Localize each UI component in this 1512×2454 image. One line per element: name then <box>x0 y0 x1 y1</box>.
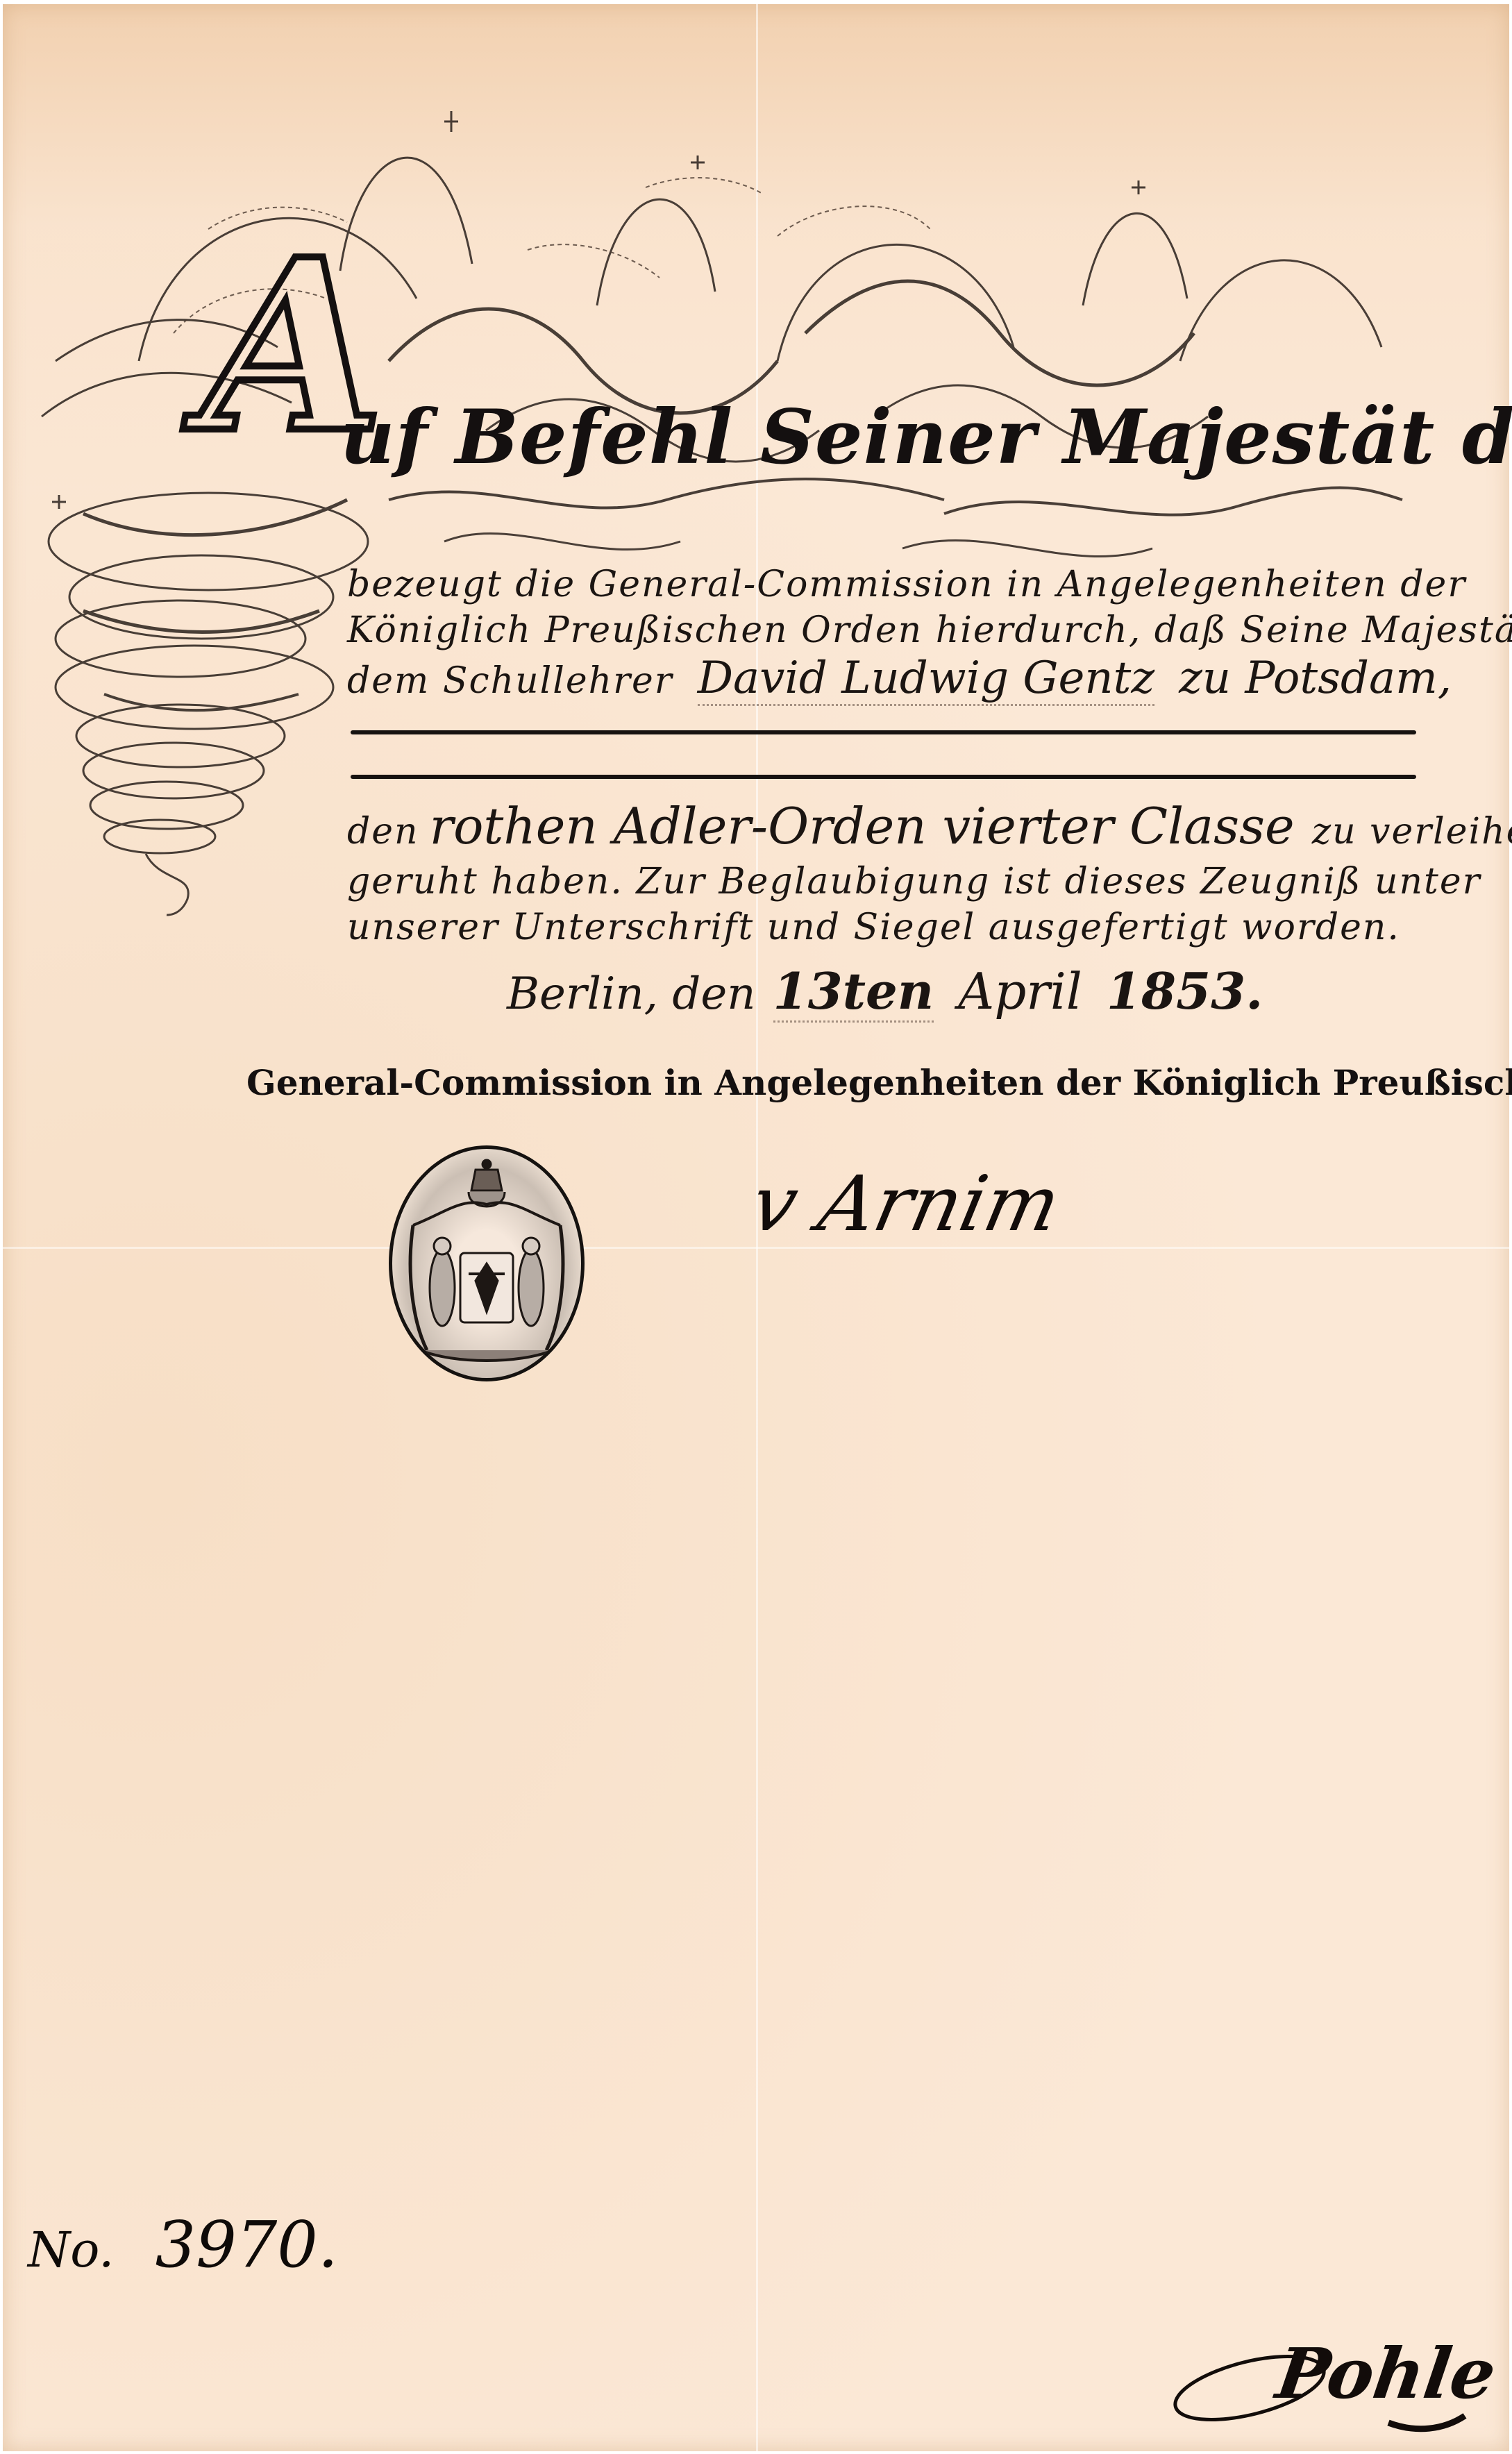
award-verb: zu verleihen <box>1312 811 1512 852</box>
body-line-3: dem Schullehrer David Ludwig Gentz zu Po… <box>347 653 1452 704</box>
registry-number-label: No. <box>28 2221 114 2278</box>
divider-rule-1 <box>351 730 1416 734</box>
registry-number: No. 3970. <box>28 2208 338 2282</box>
body-line-5: geruht haben. Zur Beglaubigung ist diese… <box>347 861 1481 902</box>
heading-text: uf Befehl Seiner Majestät des Königs <box>340 389 1512 486</box>
body-line-6: unserer Unterschrift und Siegel ausgefer… <box>347 907 1400 948</box>
recipient-location: zu Potsdam, <box>1179 653 1452 704</box>
order-name: rothen Adler-Orden vierter Classe <box>430 797 1295 855</box>
recipient-title: dem Schullehrer <box>347 660 673 702</box>
bottom-corner-signature: Pohle <box>1272 2333 1501 2414</box>
registry-number-value: 3970. <box>156 2208 338 2282</box>
date-day: 13ten <box>773 961 934 1023</box>
body-line-1: bezeugt die General-Commission in Angele… <box>347 564 1466 605</box>
date-place: Berlin, den <box>507 968 755 1020</box>
issuing-commission: General-Commission in Angelegenheiten de… <box>246 1062 1427 1103</box>
article-text: den <box>347 811 419 852</box>
date-year: 1853. <box>1107 961 1263 1020</box>
body-line-4: den rothen Adler-Orden vierter Classe zu… <box>347 797 1512 855</box>
divider-rule-2 <box>351 775 1416 779</box>
coat-of-arms-seal <box>389 1145 585 1381</box>
date-month: April <box>958 962 1082 1020</box>
prussian-eagle-crest-icon <box>392 1149 581 1378</box>
date-line: Berlin, den 13ten April 1853. <box>507 961 1263 1020</box>
body-line-2: Königlich Preußischen Orden hierdurch, d… <box>347 610 1512 651</box>
recipient-name: David Ludwig Gentz <box>698 653 1154 706</box>
commission-signature: v Arnim <box>744 1159 1068 1248</box>
certificate-heading: A uf Befehl Seiner Majestät des Königs <box>174 389 1423 486</box>
